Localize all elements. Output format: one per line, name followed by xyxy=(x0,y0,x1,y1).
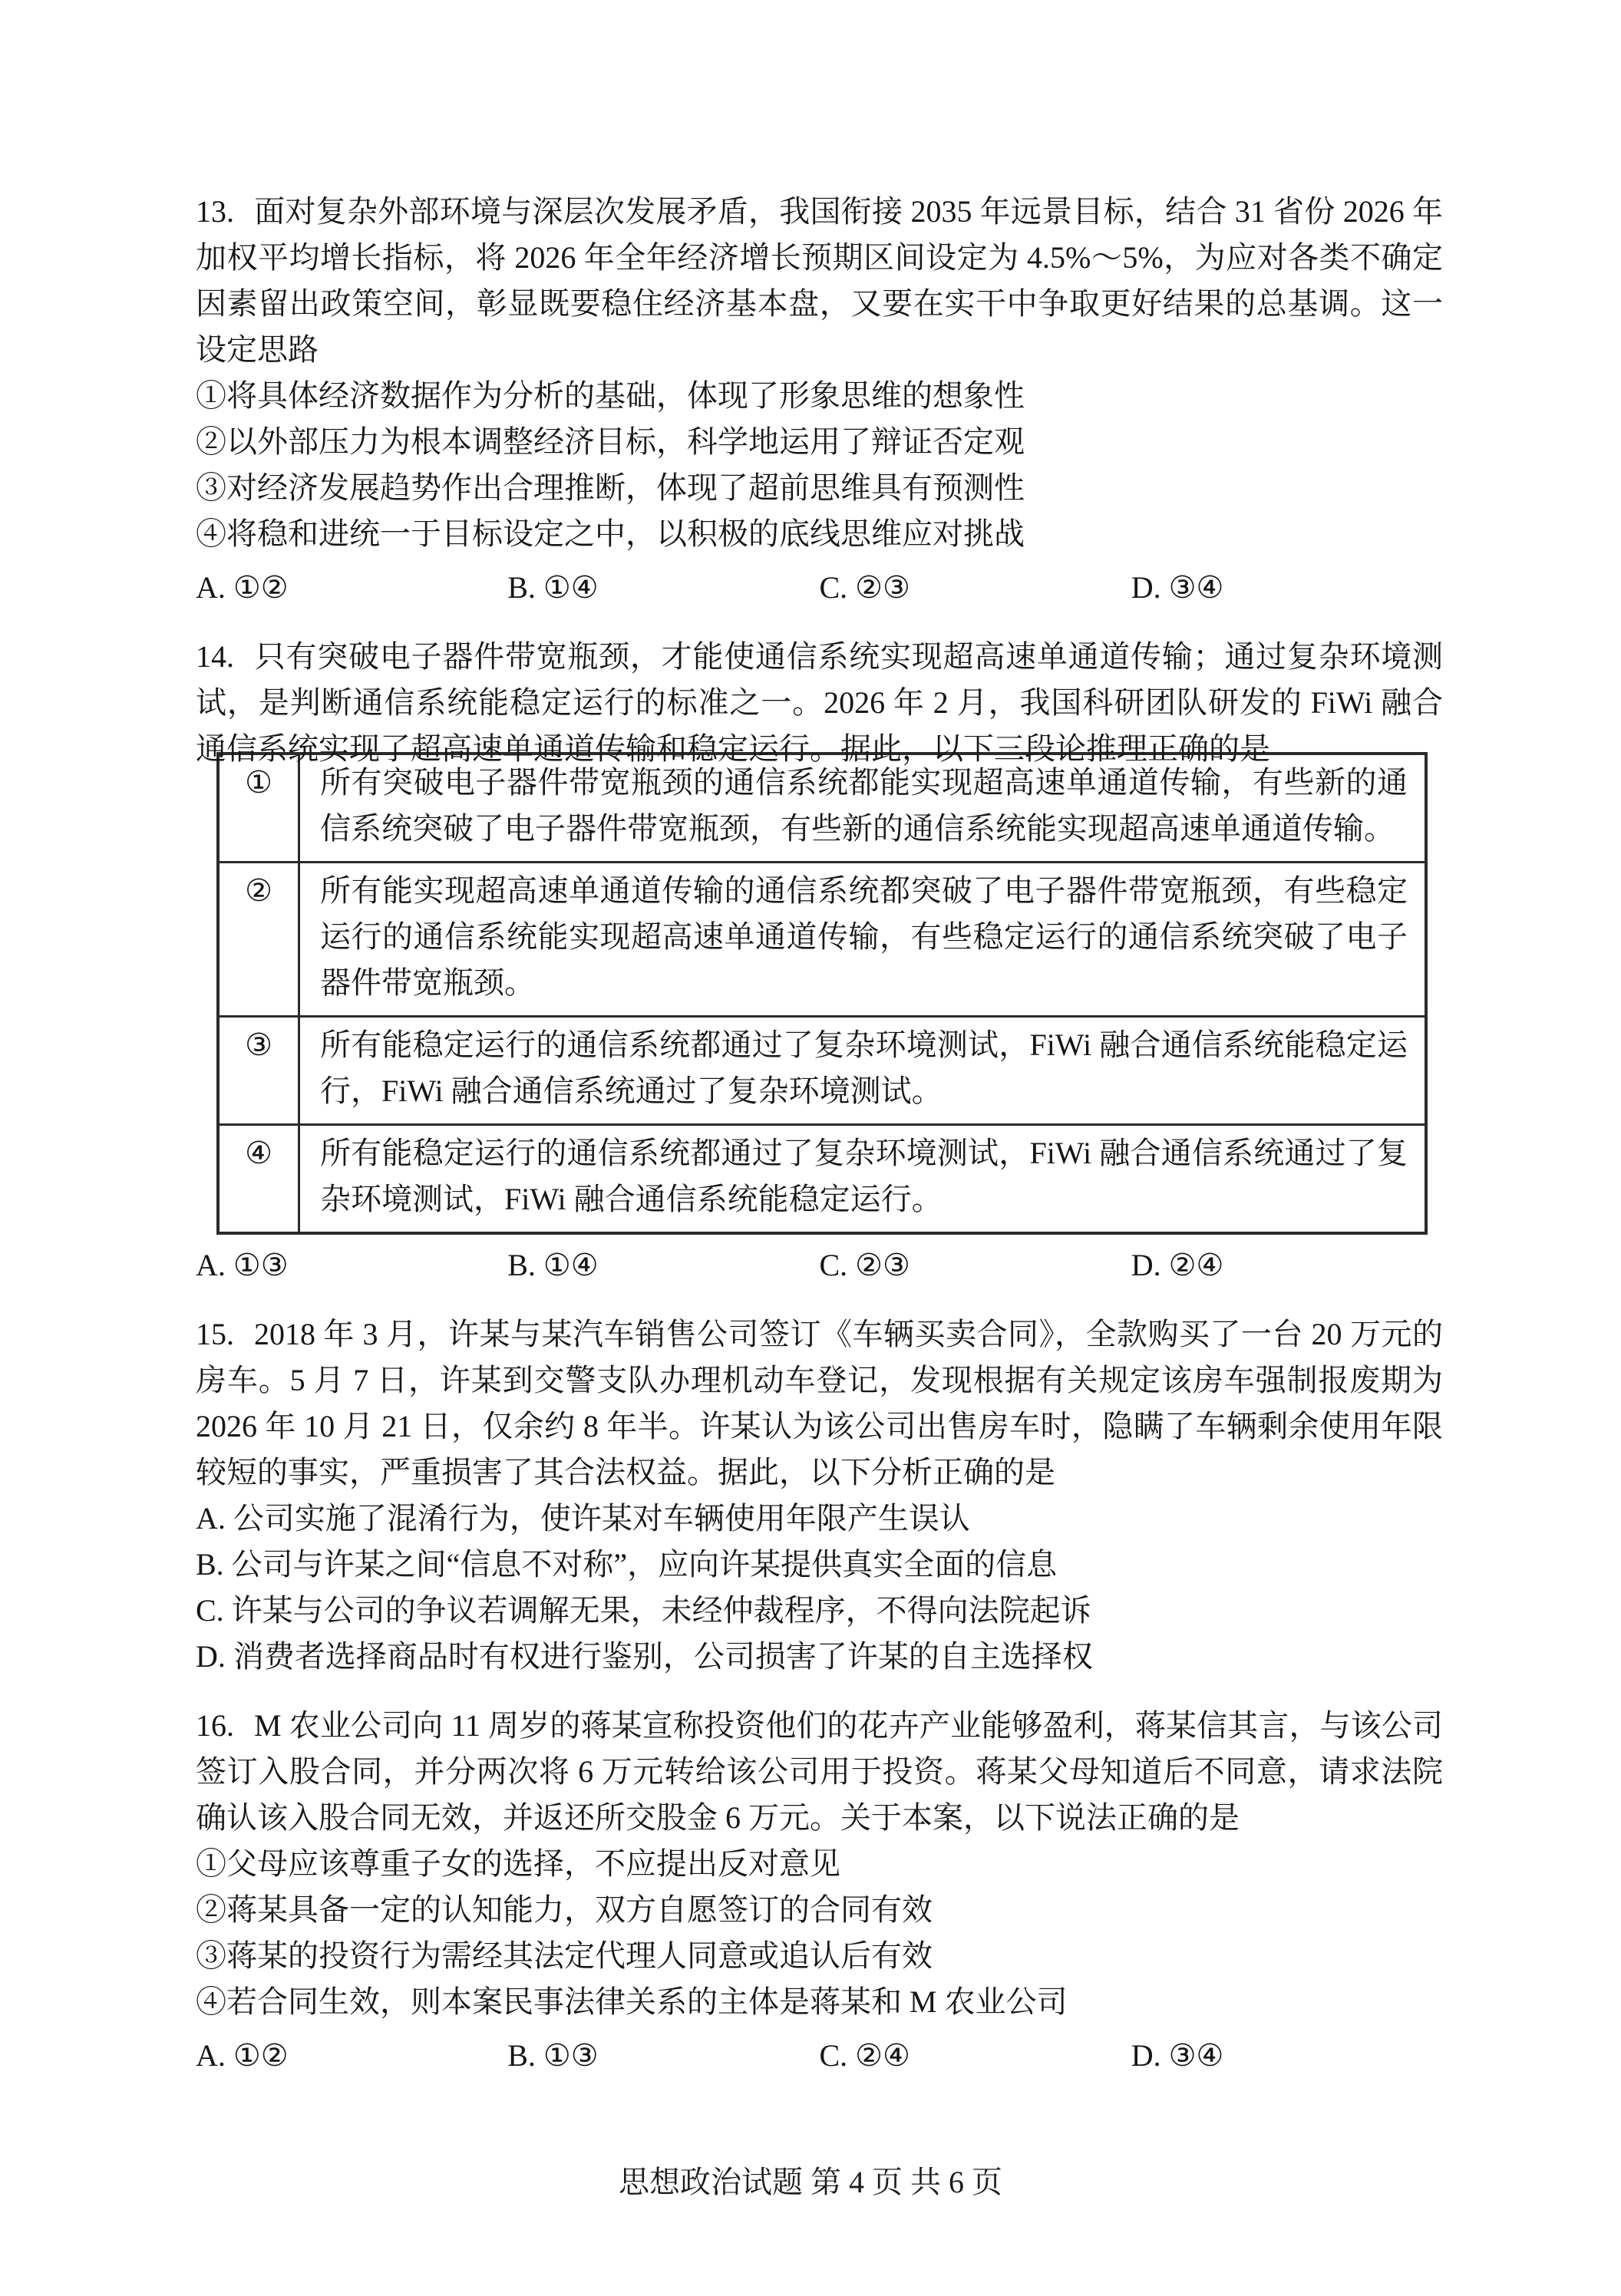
question-13-choice-c: C. ②③ xyxy=(820,565,1131,611)
question-14-stem-text: 只有突破电子器件带宽瓶颈，才能使通信系统实现超高速单通道传输；通过复杂环境测试，… xyxy=(196,639,1443,766)
question-13-choices-row: A. ①② B. ①④ C. ②③ D. ③④ xyxy=(196,565,1443,611)
question-13-stem-text: 面对复杂外部环境与深层次发展矛盾，我国衔接 2035 年远景目标，结合 31 省… xyxy=(196,194,1443,367)
table-row-3-label: ③ xyxy=(218,1017,299,1125)
question-14-choices-row: A. ①③ B. ①④ C. ②③ D. ②④ xyxy=(196,1242,1443,1288)
question-15-option-a: A. 公司实施了混淆行为，使许某对车辆使用年限产生误认 xyxy=(196,1496,1443,1542)
question-15-option-b: B. 公司与许某之间“信息不对称”，应向许某提供真实全面的信息 xyxy=(196,1542,1443,1588)
question-15-stem: 15.2018 年 3 月，许某与某汽车销售公司签订《车辆买卖合同》，全款购买了… xyxy=(196,1311,1443,1496)
question-14: 14.只有突破电子器件带宽瓶颈，才能使通信系统实现超高速单通道传输；通过复杂环境… xyxy=(196,634,1443,1288)
question-13-statement-2: ②以外部压力为根本调整经济目标，科学地运用了辩证否定观 xyxy=(196,419,1443,465)
table-row: ④ 所有能稳定运行的通信系统都通过了复杂环境测试，FiWi 融合通信系统通过了复… xyxy=(218,1125,1426,1234)
question-14-choice-c: C. ②③ xyxy=(820,1242,1131,1288)
question-16-choice-c: C. ②④ xyxy=(820,2033,1131,2079)
question-14-choice-b: B. ①④ xyxy=(507,1242,819,1288)
question-15: 15.2018 年 3 月，许某与某汽车销售公司签订《车辆买卖合同》，全款购买了… xyxy=(196,1311,1443,1680)
syllogism-table: ① 所有突破电子器件带宽瓶颈的通信系统都能实现超高速单通道传输，有些新的通信系统… xyxy=(216,752,1428,1235)
question-14-number: 14. xyxy=(196,634,234,680)
question-14-stem: 14.只有突破电子器件带宽瓶颈，才能使通信系统实现超高速单通道传输；通过复杂环境… xyxy=(196,634,1443,772)
table-row-4-label: ④ xyxy=(218,1125,299,1234)
question-16-stem-text: M 农业公司向 11 周岁的蒋某宣称投资他们的花卉产业能够盈利，蒋某信其言，与该… xyxy=(196,1708,1443,1835)
question-16-stem: 16.M 农业公司向 11 周岁的蒋某宣称投资他们的花卉产业能够盈利，蒋某信其言… xyxy=(196,1703,1443,1841)
question-16-number: 16. xyxy=(196,1703,234,1749)
question-13-statement-3: ③对经济发展趋势作出合理推断，体现了超前思维具有预测性 xyxy=(196,465,1443,511)
table-row: ② 所有能实现超高速单通道传输的通信系统都突破了电子器件带宽瓶颈，有些稳定运行的… xyxy=(218,863,1426,1017)
question-16-statement-3: ③蒋某的投资行为需经其法定代理人同意或追认后有效 xyxy=(196,1933,1443,1979)
question-15-option-d: D. 消费者选择商品时有权进行鉴别，公司损害了许某的自主选择权 xyxy=(196,1634,1443,1680)
question-15-stem-text: 2018 年 3 月，许某与某汽车销售公司签订《车辆买卖合同》，全款购买了一台 … xyxy=(196,1317,1443,1489)
table-row-1-text: 所有突破电子器件带宽瓶颈的通信系统都能实现超高速单通道传输，有些新的通信系统突破… xyxy=(299,754,1427,863)
page-footer: 思想政治试题 第 4 页 共 6 页 xyxy=(0,2159,1621,2205)
question-16-statement-2: ②蒋某具备一定的认知能力，双方自愿签订的合同有效 xyxy=(196,1887,1443,1933)
table-row-3-text: 所有能稳定运行的通信系统都通过了复杂环境测试，FiWi 融合通信系统能稳定运行，… xyxy=(299,1017,1427,1125)
question-14-choice-a: A. ①③ xyxy=(196,1242,507,1288)
table-row-2-text: 所有能实现超高速单通道传输的通信系统都突破了电子器件带宽瓶颈，有些稳定运行的通信… xyxy=(299,863,1427,1017)
exam-page: 13.面对复杂外部环境与深层次发展矛盾，我国衔接 2035 年远景目标，结合 3… xyxy=(0,0,1621,2296)
question-16-statement-4: ④若合同生效，则本案民事法律关系的主体是蒋某和 M 农业公司 xyxy=(196,1979,1443,2025)
question-14-choice-d: D. ②④ xyxy=(1131,1242,1443,1288)
question-13: 13.面对复杂外部环境与深层次发展矛盾，我国衔接 2035 年远景目标，结合 3… xyxy=(196,189,1443,611)
question-16-statement-1: ①父母应该尊重子女的选择，不应提出反对意见 xyxy=(196,1841,1443,1887)
table-row: ③ 所有能稳定运行的通信系统都通过了复杂环境测试，FiWi 融合通信系统能稳定运… xyxy=(218,1017,1426,1125)
table-row-2-label: ② xyxy=(218,863,299,1017)
question-13-choice-d: D. ③④ xyxy=(1131,565,1443,611)
question-16-choice-a: A. ①② xyxy=(196,2033,507,2079)
question-13-statement-4: ④将稳和进统一于目标设定之中，以积极的底线思维应对挑战 xyxy=(196,511,1443,557)
question-13-stem: 13.面对复杂外部环境与深层次发展矛盾，我国衔接 2035 年远景目标，结合 3… xyxy=(196,189,1443,373)
question-16-choice-b: B. ①③ xyxy=(507,2033,819,2079)
question-13-number: 13. xyxy=(196,189,234,235)
question-15-number: 15. xyxy=(196,1311,234,1357)
question-16-choice-d: D. ③④ xyxy=(1131,2033,1443,2079)
question-16: 16.M 农业公司向 11 周岁的蒋某宣称投资他们的花卉产业能够盈利，蒋某信其言… xyxy=(196,1703,1443,2079)
question-13-choice-a: A. ①② xyxy=(196,565,507,611)
table-row: ① 所有突破电子器件带宽瓶颈的通信系统都能实现超高速单通道传输，有些新的通信系统… xyxy=(218,754,1426,863)
question-13-choice-b: B. ①④ xyxy=(507,565,819,611)
question-16-choices-row: A. ①② B. ①③ C. ②④ D. ③④ xyxy=(196,2033,1443,2079)
question-13-statement-1: ①将具体经济数据作为分析的基础，体现了形象思维的想象性 xyxy=(196,373,1443,419)
table-row-4-text: 所有能稳定运行的通信系统都通过了复杂环境测试，FiWi 融合通信系统通过了复杂环… xyxy=(299,1125,1427,1234)
question-15-option-c: C. 许某与公司的争议若调解无果，未经仲裁程序，不得向法院起诉 xyxy=(196,1588,1443,1634)
